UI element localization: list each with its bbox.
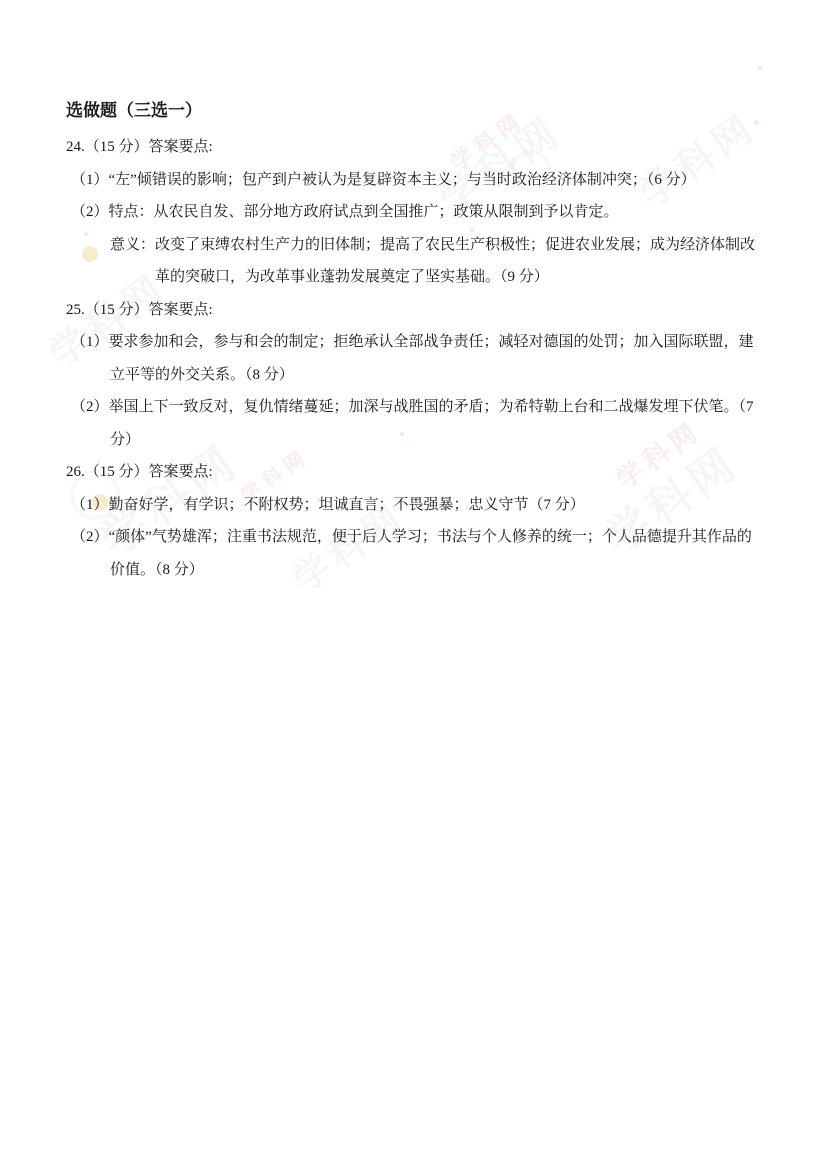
answer-line: （2）“颜体”气势雄浑；注重书法规范，便于后人学习；书法与个人修养的统一；个人品… bbox=[71, 521, 786, 554]
watermark-pink-dot bbox=[758, 66, 762, 70]
page-background: 学科网 学科网 学科网 学科网 学科网 学科网 学科网 学科网 学科网 选做题（… bbox=[0, 0, 827, 1169]
answer-line: （2）举国上下一致反对，复仇情绪蔓延；加深与战胜国的矛盾；为希特勒上台和二战爆发… bbox=[71, 391, 786, 424]
answer-line: （1）要求参加和会，参与和会的制定；拒绝承认全部战争责任；减轻对德国的处罚；加入… bbox=[71, 326, 786, 359]
answer-line: 意义：改变了束缚农村生产力的旧体制；提高了农民生产积极性；促进农业发展；成为经济… bbox=[110, 229, 786, 262]
answer-line: （1）勤奋好学，有学识；不附权势；坦诚直言；不畏强暴；忠义守节（7 分） bbox=[71, 489, 786, 522]
answer-line: 立平等的外交关系。（8 分） bbox=[110, 359, 786, 392]
answer-line: （1）“左”倾错误的影响；包产到户被认为是复辟资本主义；与当时政治经济体制冲突；… bbox=[71, 164, 786, 197]
question-header: 25.（15 分）答案要点: bbox=[66, 294, 786, 327]
answers-container: 24.（15 分）答案要点:（1）“左”倾错误的影响；包产到户被认为是复辟资本主… bbox=[66, 131, 786, 586]
answer-line: 分） bbox=[110, 424, 786, 457]
question-header: 26.（15 分）答案要点: bbox=[66, 456, 786, 489]
answer-line: 价值。（8 分） bbox=[110, 554, 786, 587]
answer-key-document: 选做题（三选一） 24.（15 分）答案要点:（1）“左”倾错误的影响；包产到户… bbox=[66, 100, 786, 586]
answer-line: （2）特点：从农民自发、部分地方政府试点到全国推广；政策从限制到予以肯定。 bbox=[71, 196, 786, 229]
section-heading: 选做题（三选一） bbox=[66, 100, 786, 122]
document-page: { "document": { "heading": "选做题（三选一）", "… bbox=[0, 0, 827, 1169]
question-header: 24.（15 分）答案要点: bbox=[66, 131, 786, 164]
answer-line: 革的突破口，为改革事业蓬勃发展奠定了坚实基础。（9 分） bbox=[155, 261, 786, 294]
